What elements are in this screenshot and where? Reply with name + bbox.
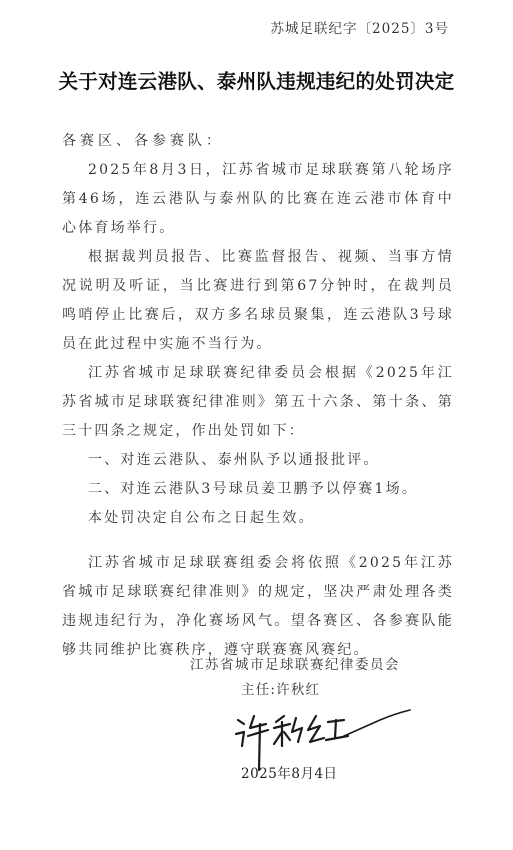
paragraph-closing: 江苏省城市足球联赛组委会将依照《2025年江苏省城市足球联赛纪律准则》的规定，坚… (62, 549, 454, 665)
document-body: 各赛区、各参赛队： 2025年8月3日，江苏省城市足球联赛第八轮场序第46场，连… (62, 127, 454, 665)
signoff-block: 江苏省城市足球联赛纪律委员会 主任:许秋红 (190, 653, 420, 703)
penalty-item-2: 二、对连云港队3号球员姜卫鹏予以停赛1场。 (62, 475, 454, 504)
paragraph-incident: 根据裁判员报告、比赛监督报告、视频、当事方情况说明及听证，当比赛进行到第67分钟… (62, 243, 454, 359)
penalty-item-1: 一、对连云港队、泰州队予以通报批评。 (62, 446, 454, 475)
document-number: 苏城足联纪字〔2025〕3号 (271, 17, 449, 37)
director-name: 主任:许秋红 (190, 678, 420, 703)
paragraph-ruling-basis: 江苏省城市足球联赛纪律委员会根据《2025年江苏省城市足球联赛纪律准则》第五十六… (62, 359, 454, 446)
issuing-organization: 江苏省城市足球联赛纪律委员会 (190, 653, 420, 678)
paragraph-match-info: 2025年8月3日，江苏省城市足球联赛第八轮场序第46场，连云港队与泰州队的比赛… (62, 156, 454, 243)
salutation: 各赛区、各参赛队： (62, 127, 454, 156)
document-title: 关于对连云港队、泰州队违规违纪的处罚决定 (0, 66, 513, 94)
effective-statement: 本处罚决定自公布之日起生效。 (62, 504, 454, 533)
issue-date: 2025年8月4日 (241, 762, 338, 782)
